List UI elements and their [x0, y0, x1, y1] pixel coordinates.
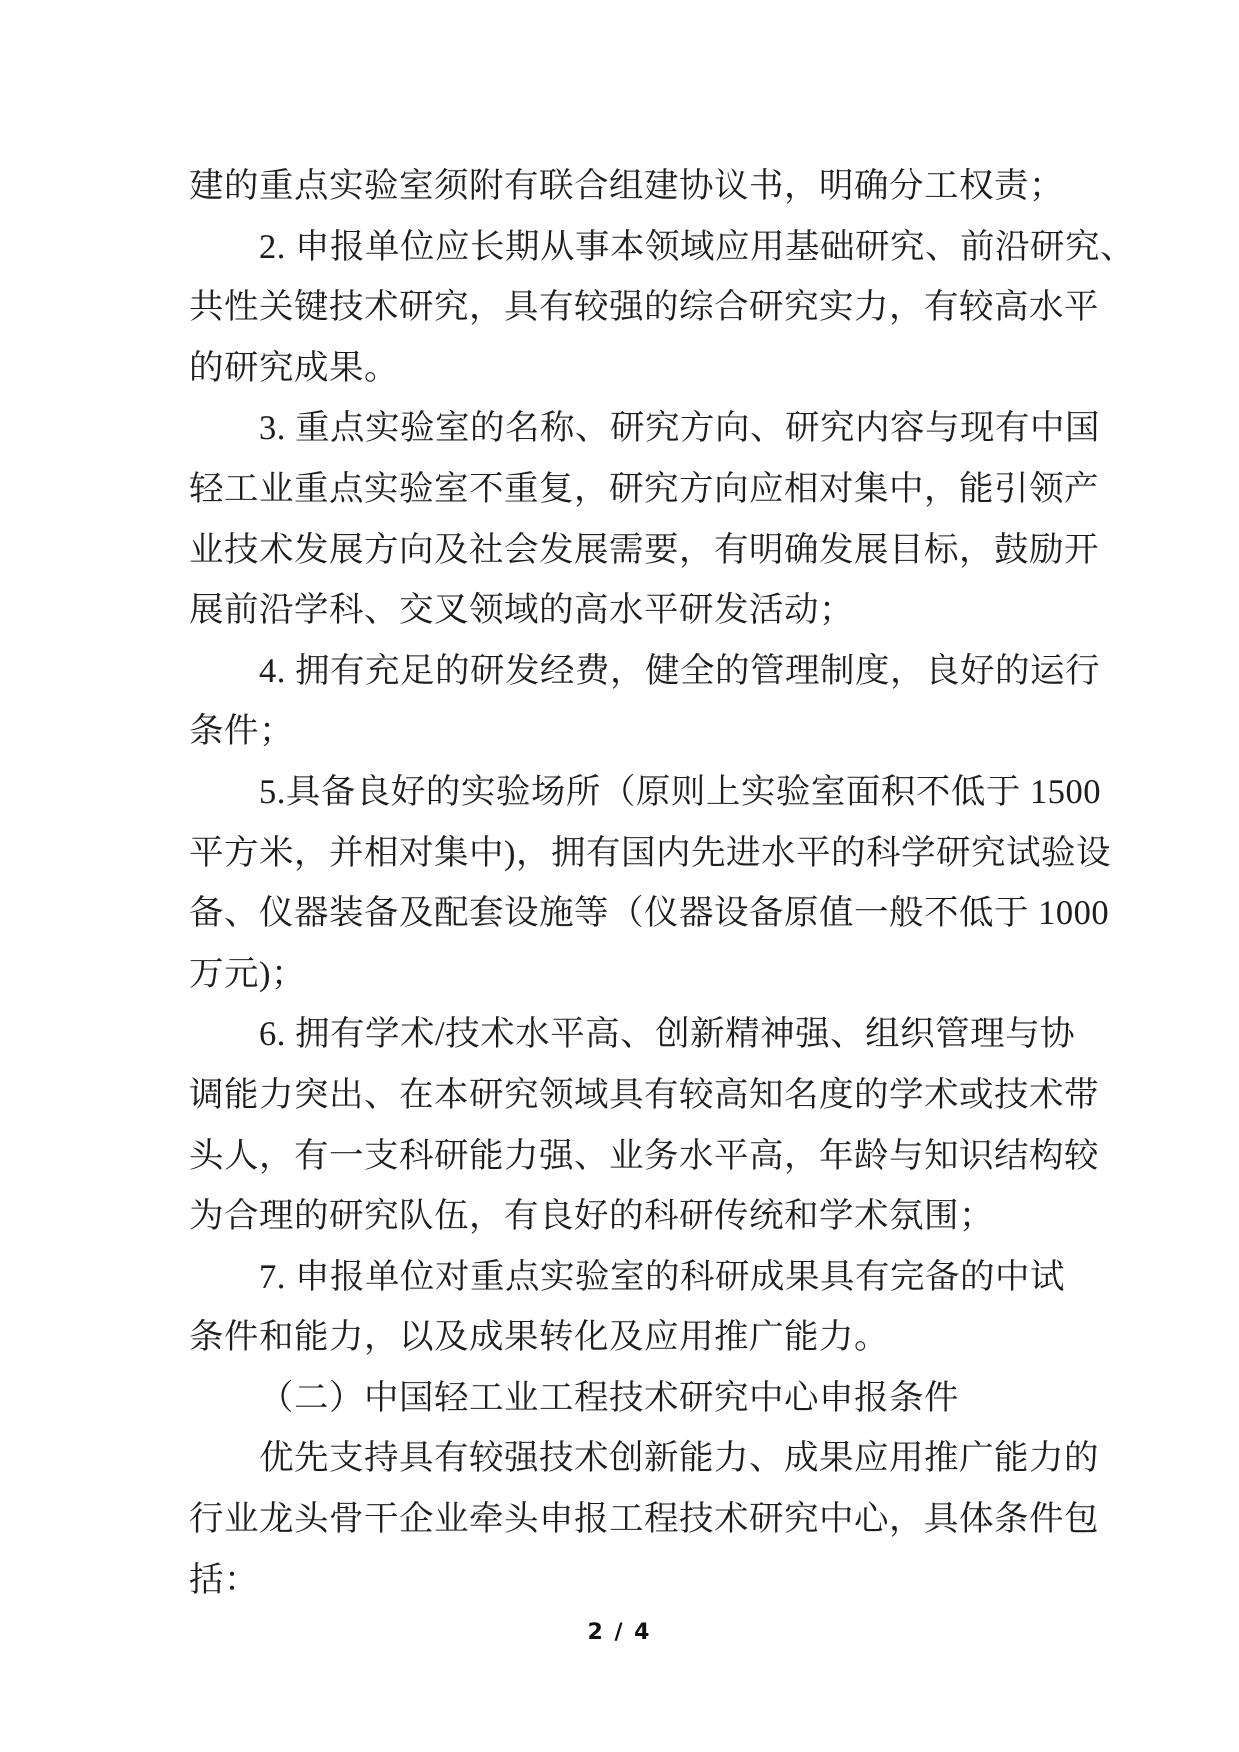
text-line: 6. 拥有学术/技术水平高、创新精神强、组织管理与协 — [189, 1004, 1084, 1065]
text-line: 条件； — [189, 701, 1084, 762]
text-line: 4. 拥有充足的研发经费，健全的管理制度，良好的运行 — [189, 641, 1084, 702]
text-line: 万元)； — [189, 944, 1084, 1005]
text-line: 调能力突出、在本研究领域具有较高知名度的学术或技术带 — [189, 1065, 1084, 1126]
text-line: 2. 申报单位应长期从事本领域应用基础研究、前沿研究、 — [189, 217, 1084, 278]
page-number: 2 / 4 — [0, 1620, 1239, 1645]
document-page: 建的重点实验室须附有联合组建协议书，明确分工权责；2. 申报单位应长期从事本领域… — [0, 0, 1239, 1752]
text-line: 建的重点实验室须附有联合组建协议书，明确分工权责； — [189, 156, 1084, 217]
text-line: 备、仪器装备及配套设施等（仪器设备原值一般不低于 1000 — [189, 883, 1084, 944]
text-line: 7. 申报单位对重点实验室的科研成果具有完备的中试 — [189, 1247, 1084, 1308]
text-line: （二）中国轻工业工程技术研究中心申报条件 — [189, 1368, 1084, 1429]
text-line: 平方米，并相对集中)，拥有国内先进水平的科学研究试验设 — [189, 823, 1084, 884]
text-line: 3. 重点实验室的名称、研究方向、研究内容与现有中国 — [189, 398, 1084, 459]
text-line: 共性关键技术研究，具有较强的综合研究实力，有较高水平 — [189, 277, 1084, 338]
text-line: 的研究成果。 — [189, 338, 1084, 399]
text-line: 头人，有一支科研能力强、业务水平高，年龄与知识结构较 — [189, 1126, 1084, 1187]
document-body-text: 建的重点实验室须附有联合组建协议书，明确分工权责；2. 申报单位应长期从事本领域… — [189, 156, 1084, 1610]
text-line: 为合理的研究队伍，有良好的科研传统和学术氛围； — [189, 1186, 1084, 1247]
text-line: 优先支持具有较强技术创新能力、成果应用推广能力的 — [189, 1428, 1084, 1489]
text-line: 5.具备良好的实验场所（原则上实验室面积不低于 1500 — [189, 762, 1084, 823]
text-line: 展前沿学科、交叉领域的高水平研发活动； — [189, 580, 1084, 641]
text-line: 条件和能力，以及成果转化及应用推广能力。 — [189, 1307, 1084, 1368]
text-line: 业技术发展方向及社会发展需要，有明确发展目标，鼓励开 — [189, 520, 1084, 581]
text-line: 行业龙头骨干企业牵头申报工程技术研究中心，具体条件包 — [189, 1489, 1084, 1550]
text-line: 轻工业重点实验室不重复，研究方向应相对集中，能引领产 — [189, 459, 1084, 520]
text-line: 括： — [189, 1550, 1084, 1611]
